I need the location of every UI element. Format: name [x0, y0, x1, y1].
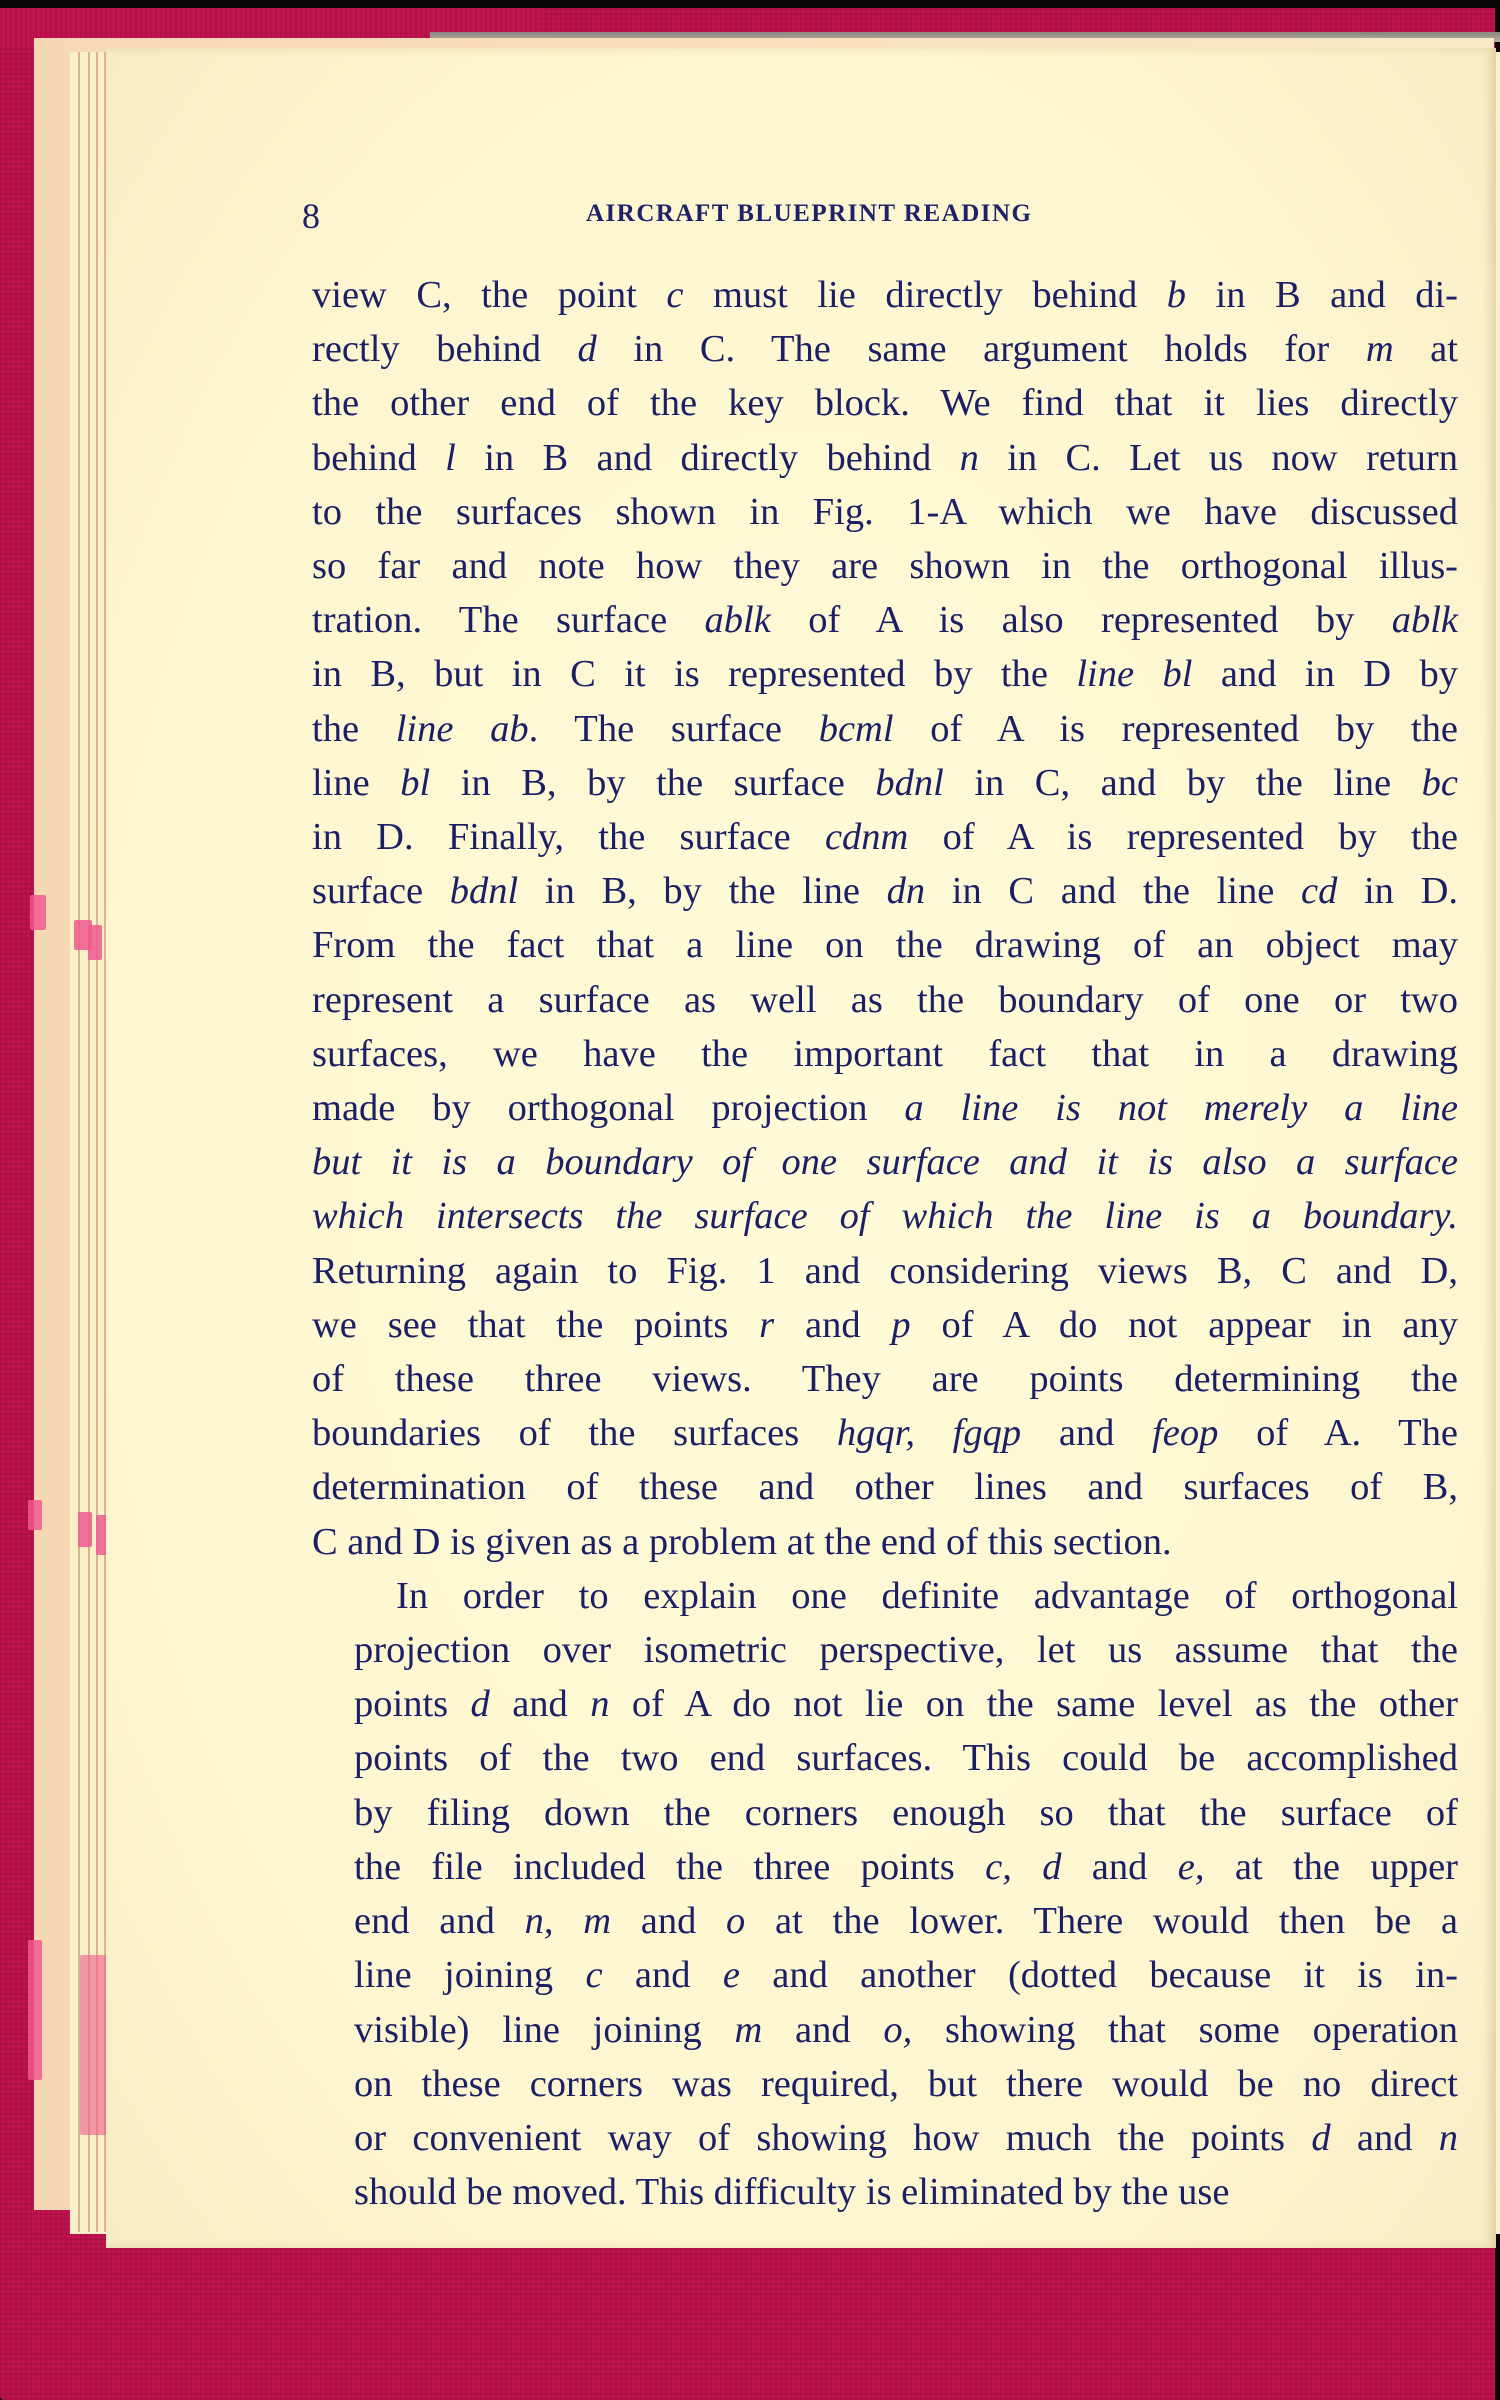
- italic-term: but it is a boundary of one surface and …: [312, 1141, 1458, 1183]
- italic-term: e,: [1178, 1846, 1205, 1888]
- italic-term: line ab: [396, 708, 529, 750]
- italic-term: ablk: [1392, 599, 1458, 641]
- italic-term: n: [960, 437, 979, 479]
- running-head: 8 AIRCRAFT BLUEPRINT READING: [302, 196, 1442, 246]
- page-edge-line: [78, 52, 80, 2232]
- text-line: which intersects the surface of which th…: [312, 1189, 1458, 1243]
- italic-term: d: [471, 1683, 490, 1725]
- text-line: C and D is given as a problem at the end…: [312, 1515, 1458, 1569]
- text-line: by filing down the corners enough so tha…: [312, 1786, 1458, 1840]
- italic-term: bl: [400, 762, 430, 804]
- italic-term: d: [1311, 2117, 1330, 2159]
- italic-term: b: [1167, 274, 1186, 316]
- italic-term: feop: [1152, 1412, 1218, 1454]
- text-line: represent a surface as well as the bound…: [312, 973, 1458, 1027]
- text-line: visible) line joining m and o, showing t…: [312, 2003, 1458, 2057]
- text-line: surface bdnl in B, by the line dn in C a…: [312, 864, 1458, 918]
- text-line: boundaries of the surfaces hgqr, fgqp an…: [312, 1406, 1458, 1460]
- tab-mark: [28, 1500, 42, 1530]
- page-edge-line: [88, 52, 90, 2232]
- text-line: the other end of the key block. We find …: [312, 376, 1458, 430]
- text-line: determination of these and other lines a…: [312, 1460, 1458, 1514]
- italic-term: o,: [883, 2009, 912, 2051]
- page-edge-line: [96, 52, 98, 2232]
- italic-term: p: [891, 1304, 910, 1346]
- text-line: we see that the points r and p of A do n…: [312, 1298, 1458, 1352]
- italic-term: bdnl: [450, 870, 518, 912]
- text-line: on these corners was required, but there…: [312, 2057, 1458, 2111]
- text-line: line joining c and e and another (dotted…: [312, 1948, 1458, 2002]
- italic-term: o: [726, 1900, 745, 1942]
- italic-term: line bl: [1076, 653, 1192, 695]
- italic-term: ablk: [705, 599, 771, 641]
- book-title: AIRCRAFT BLUEPRINT READING: [586, 200, 1032, 228]
- italic-term: r: [759, 1304, 774, 1346]
- text-line: points d and n of A do not lie on the sa…: [312, 1677, 1458, 1731]
- text-line: the line ab. The surface bcml of A is re…: [312, 702, 1458, 756]
- text-line: of these three views. They are points de…: [312, 1352, 1458, 1406]
- text-line: In order to explain one definite advanta…: [312, 1569, 1458, 1623]
- text-line: surfaces, we have the important fact tha…: [312, 1027, 1458, 1081]
- text-line: but it is a boundary of one surface and …: [312, 1135, 1458, 1189]
- text-line: tration. The surface ablk of A is also r…: [312, 593, 1458, 647]
- text-line: in B, but in C it is represented by the …: [312, 647, 1458, 701]
- italic-term: which intersects the surface of which th…: [312, 1195, 1458, 1237]
- text-line: points of the two end surfaces. This cou…: [312, 1731, 1458, 1785]
- italic-term: n, m: [525, 1900, 611, 1942]
- italic-term: n: [1439, 2117, 1458, 2159]
- text-line: should be moved. This difficulty is elim…: [312, 2165, 1458, 2219]
- text-line: projection over isometric perspective, l…: [312, 1623, 1458, 1677]
- paragraph: In order to explain one definite advanta…: [312, 1569, 1458, 2219]
- text-line: behind l in B and directly behind n in C…: [312, 431, 1458, 485]
- italic-term: n: [590, 1683, 609, 1725]
- italic-term: hgqr, fgqp: [837, 1412, 1021, 1454]
- text-line: to the surfaces shown in Fig. 1-A which …: [312, 485, 1458, 539]
- text-line: view C, the point c must lie directly be…: [312, 268, 1458, 322]
- tab-mark: [30, 895, 46, 930]
- italic-term: c: [585, 1954, 602, 1996]
- italic-term: cd: [1301, 870, 1337, 912]
- paragraph: view C, the point c must lie directly be…: [312, 268, 1458, 1569]
- body-text: view C, the point c must lie directly be…: [312, 268, 1458, 2219]
- italic-term: a line is not merely a line: [904, 1087, 1458, 1129]
- text-line: end and n, m and o at the lower. There w…: [312, 1894, 1458, 1948]
- text-line: From the fact that a line on the drawing…: [312, 918, 1458, 972]
- italic-term: bc: [1422, 762, 1458, 804]
- text-line: rectly behind d in C. The same argument …: [312, 322, 1458, 376]
- tab-mark: [28, 1940, 42, 2080]
- text-line: made by orthogonal projection a line is …: [312, 1081, 1458, 1135]
- tab-mark: [88, 925, 102, 960]
- italic-term: bcml: [819, 708, 894, 750]
- italic-term: m: [734, 2009, 762, 2051]
- italic-term: e: [723, 1954, 740, 1996]
- tab-mark: [78, 1512, 92, 1547]
- text-line: in D. Finally, the surface cdnm of A is …: [312, 810, 1458, 864]
- text-line: so far and note how they are shown in th…: [312, 539, 1458, 593]
- italic-term: cdnm: [825, 816, 908, 858]
- text-line: line bl in B, by the surface bdnl in C, …: [312, 756, 1458, 810]
- italic-term: bdnl: [875, 762, 943, 804]
- text-line: Returning again to Fig. 1 and considerin…: [312, 1244, 1458, 1298]
- italic-term: c: [666, 274, 683, 316]
- text-line: or convenient way of showing how much th…: [312, 2111, 1458, 2165]
- text-line: the file included the three points c, d …: [312, 1840, 1458, 1894]
- italic-term: d: [578, 328, 597, 370]
- italic-term: l: [445, 437, 456, 479]
- italic-term: m: [1366, 328, 1394, 370]
- italic-term: dn: [887, 870, 926, 912]
- page-number: 8: [302, 196, 320, 236]
- italic-term: c, d: [985, 1846, 1061, 1888]
